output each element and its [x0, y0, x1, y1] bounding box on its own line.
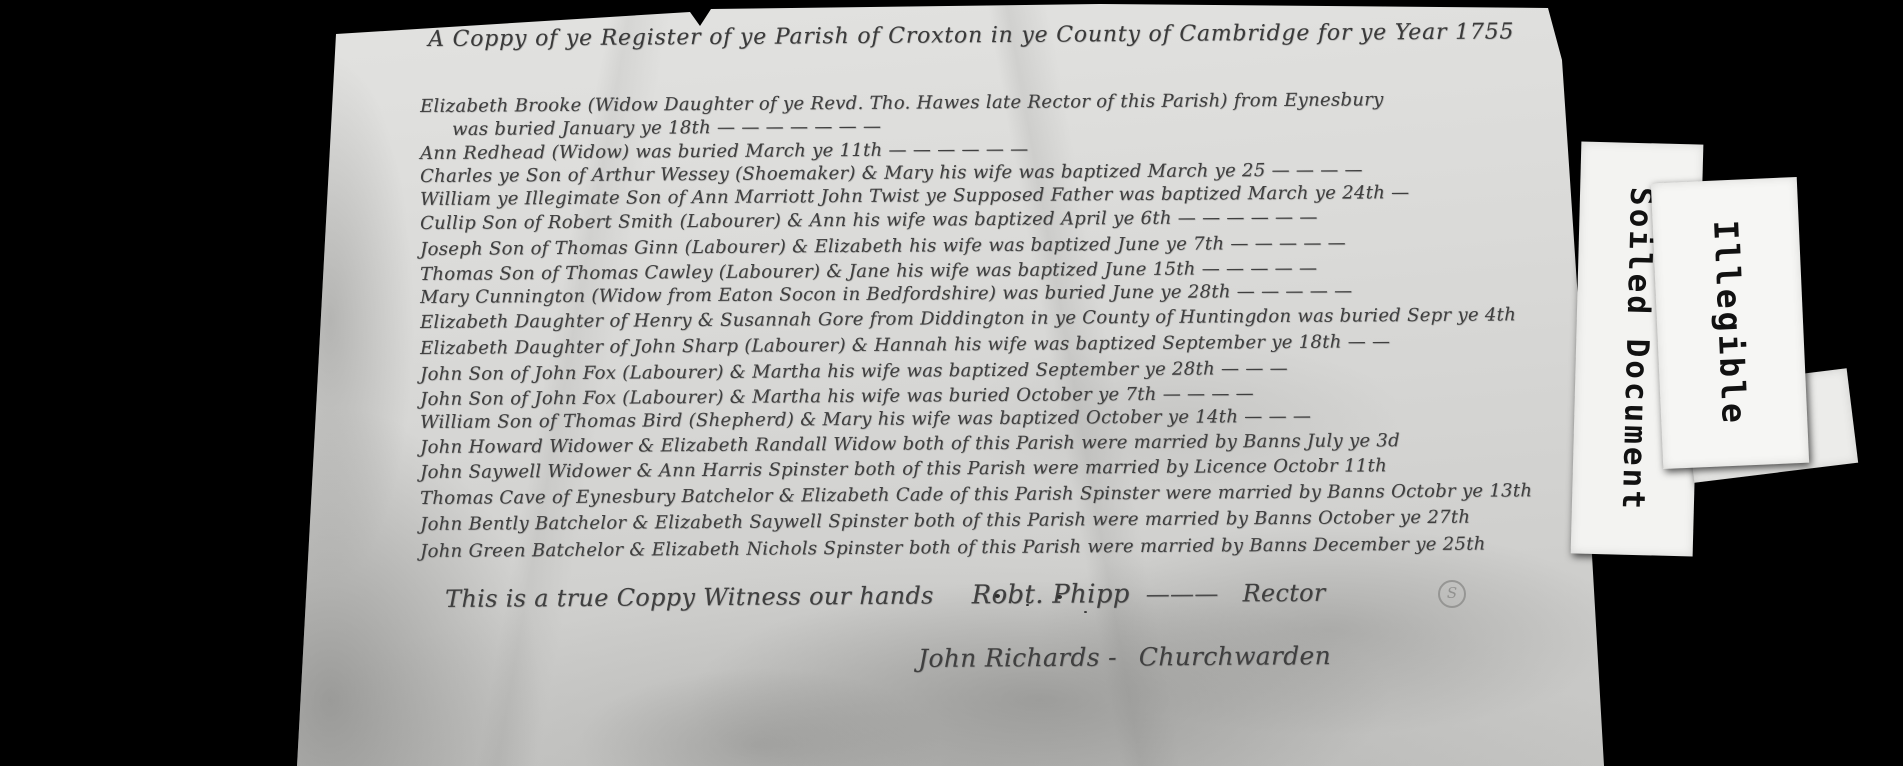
- register-entry-line: John Bently Batchelor & Elizabeth Saywel…: [420, 507, 1470, 535]
- churchwarden-signature: John Richards -: [918, 643, 1117, 673]
- illegible-label: Illegible: [1651, 177, 1809, 469]
- attestation-line: This is a true Coppy Witness our handsRo…: [445, 578, 1326, 614]
- register-entry-line: was buried January ye 18th — — — — — — —: [452, 116, 881, 140]
- register-entry-line: Joseph Son of Thomas Ginn (Labourer) & E…: [420, 233, 1346, 260]
- register-entry-line: William Son of Thomas Bird (Shepherd) & …: [420, 406, 1311, 433]
- register-entry-line: John Son of John Fox (Labourer) & Martha…: [420, 358, 1288, 385]
- register-entry-line: Cullip Son of Robert Smith (Labourer) & …: [420, 207, 1318, 234]
- churchwarden-line: John Richards -Churchwarden: [918, 641, 1331, 673]
- ink-speckles: [995, 594, 1000, 598]
- register-entry-line: Elizabeth Daughter of John Sharp (Labour…: [420, 331, 1390, 359]
- attestation-text: This is a true Coppy Witness our hands: [445, 582, 934, 613]
- register-entry-line: John Green Batchelor & Elizabeth Nichols…: [420, 534, 1486, 562]
- photo-stage: A Coppy of ye Register of ye Parish of C…: [0, 0, 1903, 766]
- register-entry-line: Thomas Cave of Eynesbury Batchelor & Eli…: [420, 480, 1532, 509]
- illegible-label-text: Illegible: [1706, 219, 1754, 426]
- rector-title: Rector: [1242, 579, 1325, 608]
- churchwarden-title: Churchwarden: [1139, 641, 1331, 671]
- register-entry-line: Elizabeth Brooke (Widow Daughter of ye R…: [420, 89, 1384, 117]
- register-entry-line: Elizabeth Daughter of Henry & Susannah G…: [420, 304, 1516, 333]
- signature-dash: ———: [1146, 580, 1219, 609]
- register-entry-line: John Saywell Widower & Ann Harris Spinst…: [420, 455, 1387, 483]
- register-entry-line: John Son of John Fox (Labourer) & Martha…: [420, 383, 1254, 410]
- register-title: A Coppy of ye Register of ye Parish of C…: [428, 19, 1514, 52]
- register-entry-line: William ye Illegimate Son of Ann Marriot…: [420, 182, 1409, 210]
- register-entry-line: Ann Redhead (Widow) was buried March ye …: [420, 139, 1029, 164]
- register-entry-line: John Howard Widower & Elizabeth Randall …: [420, 430, 1400, 458]
- register-entry-line: Mary Cunnington (Widow from Eaton Socon …: [420, 280, 1352, 308]
- seal-mark: S: [1438, 580, 1466, 608]
